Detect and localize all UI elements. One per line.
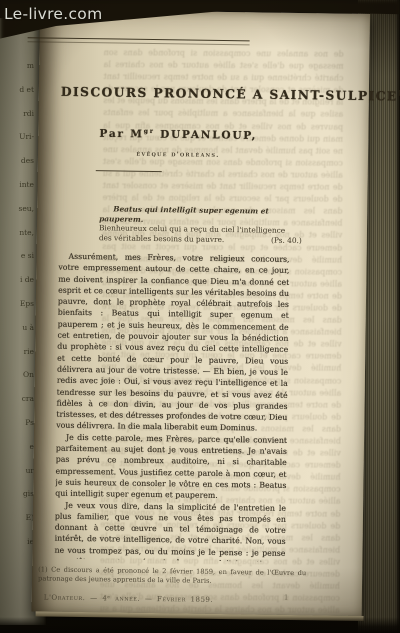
facing-page-text-fragment: inte — [2, 173, 34, 197]
book-photo: md etrdiUri-desinteseu,nte,e sii deEpsu … — [0, 0, 400, 633]
imprint-line: L'Orateur. — 4ᵉ année. — Février 1859. — [44, 594, 213, 604]
paragraph: Assurément, mes Frères, votre religieux … — [56, 251, 290, 435]
bottom-shadow — [0, 617, 400, 633]
epigraph-reference: (Ps. 40.) — [271, 235, 304, 245]
footnote: (1) Ce discours a été prononcé le 2 févr… — [38, 565, 306, 587]
facing-page-text-fragment: ie — [2, 530, 34, 554]
watermark: Le-livre.com — [4, 5, 102, 23]
body-text: Assurément, mes Frères, votre religieux … — [54, 251, 289, 562]
facing-page-text-fragment: u à — [2, 316, 34, 340]
author-byline: Par Mgr DUPANLOUP, — [60, 127, 296, 143]
facing-page-text-fragment: rdi — [2, 102, 34, 126]
header-rule — [28, 37, 250, 45]
byline-prefix: Par M — [99, 128, 143, 141]
article-title-text: DISCOURS PRONONCÉ A SAINT-SULPICE — [61, 84, 398, 104]
author-name: DUPANLOUP, — [155, 129, 258, 142]
facing-page-text-fragment: d et — [2, 78, 34, 102]
facing-page-text-fragment: Uri- — [2, 125, 34, 149]
facing-page-text-fragment: i de — [2, 268, 34, 292]
signature-mark: 1 — [284, 593, 289, 602]
facing-page-text-fragment: e — [2, 435, 34, 459]
paragraph: Je veux vous dire, dans la simplicité de… — [54, 499, 286, 562]
facing-page-text-fragment: On — [2, 363, 34, 387]
author-title: évêque d'orléans. — [60, 149, 296, 160]
facing-page-text-fragment: ur — [2, 459, 34, 483]
facing-page-text-fragment: Eps — [2, 292, 34, 316]
byline-superscript: gr — [144, 128, 155, 135]
book-page: de nos annales une compassion si profond… — [32, 9, 370, 616]
byline-separator-rule — [96, 170, 162, 172]
epigraph-translation-line2: des véritables besoins du pauvre.(Ps. 40… — [99, 233, 304, 245]
facing-page-text-fragment: nte, — [2, 221, 34, 245]
article-title: DISCOURS PRONONCÉ A SAINT-SULPICE1 — [61, 84, 297, 102]
page-content: DISCOURS PRONONCÉ A SAINT-SULPICE1 Par M… — [32, 9, 370, 616]
epigraph: Beatus qui intelligit super egenum et pa… — [99, 204, 305, 245]
facing-page-text-fragment: des — [2, 149, 34, 173]
facing-page-text-fragment: cra — [2, 387, 34, 411]
facing-page-text-fragment: E) — [2, 506, 34, 530]
imprint-text: L'Orateur. — 4ᵉ année. — Février 1859. — [44, 594, 213, 604]
facing-page-text-fragment: m — [2, 54, 34, 78]
facing-page-text-fragment: rie — [2, 340, 34, 364]
paragraph: Je dis cette parole, mes Frères, parce q… — [55, 431, 287, 502]
facing-page-text-fragment: gis — [2, 482, 34, 506]
facing-page-text-fragment: e si — [2, 244, 34, 268]
facing-page-text-fragment: seu, — [2, 197, 34, 221]
epigraph-translation-text: des véritables besoins du pauvre. — [99, 233, 225, 244]
facing-page-text-fragments: md etrdiUri-desinteseu,nte,e sii deEpsu … — [2, 54, 34, 554]
facing-page-text-fragment: Ps — [2, 411, 34, 435]
